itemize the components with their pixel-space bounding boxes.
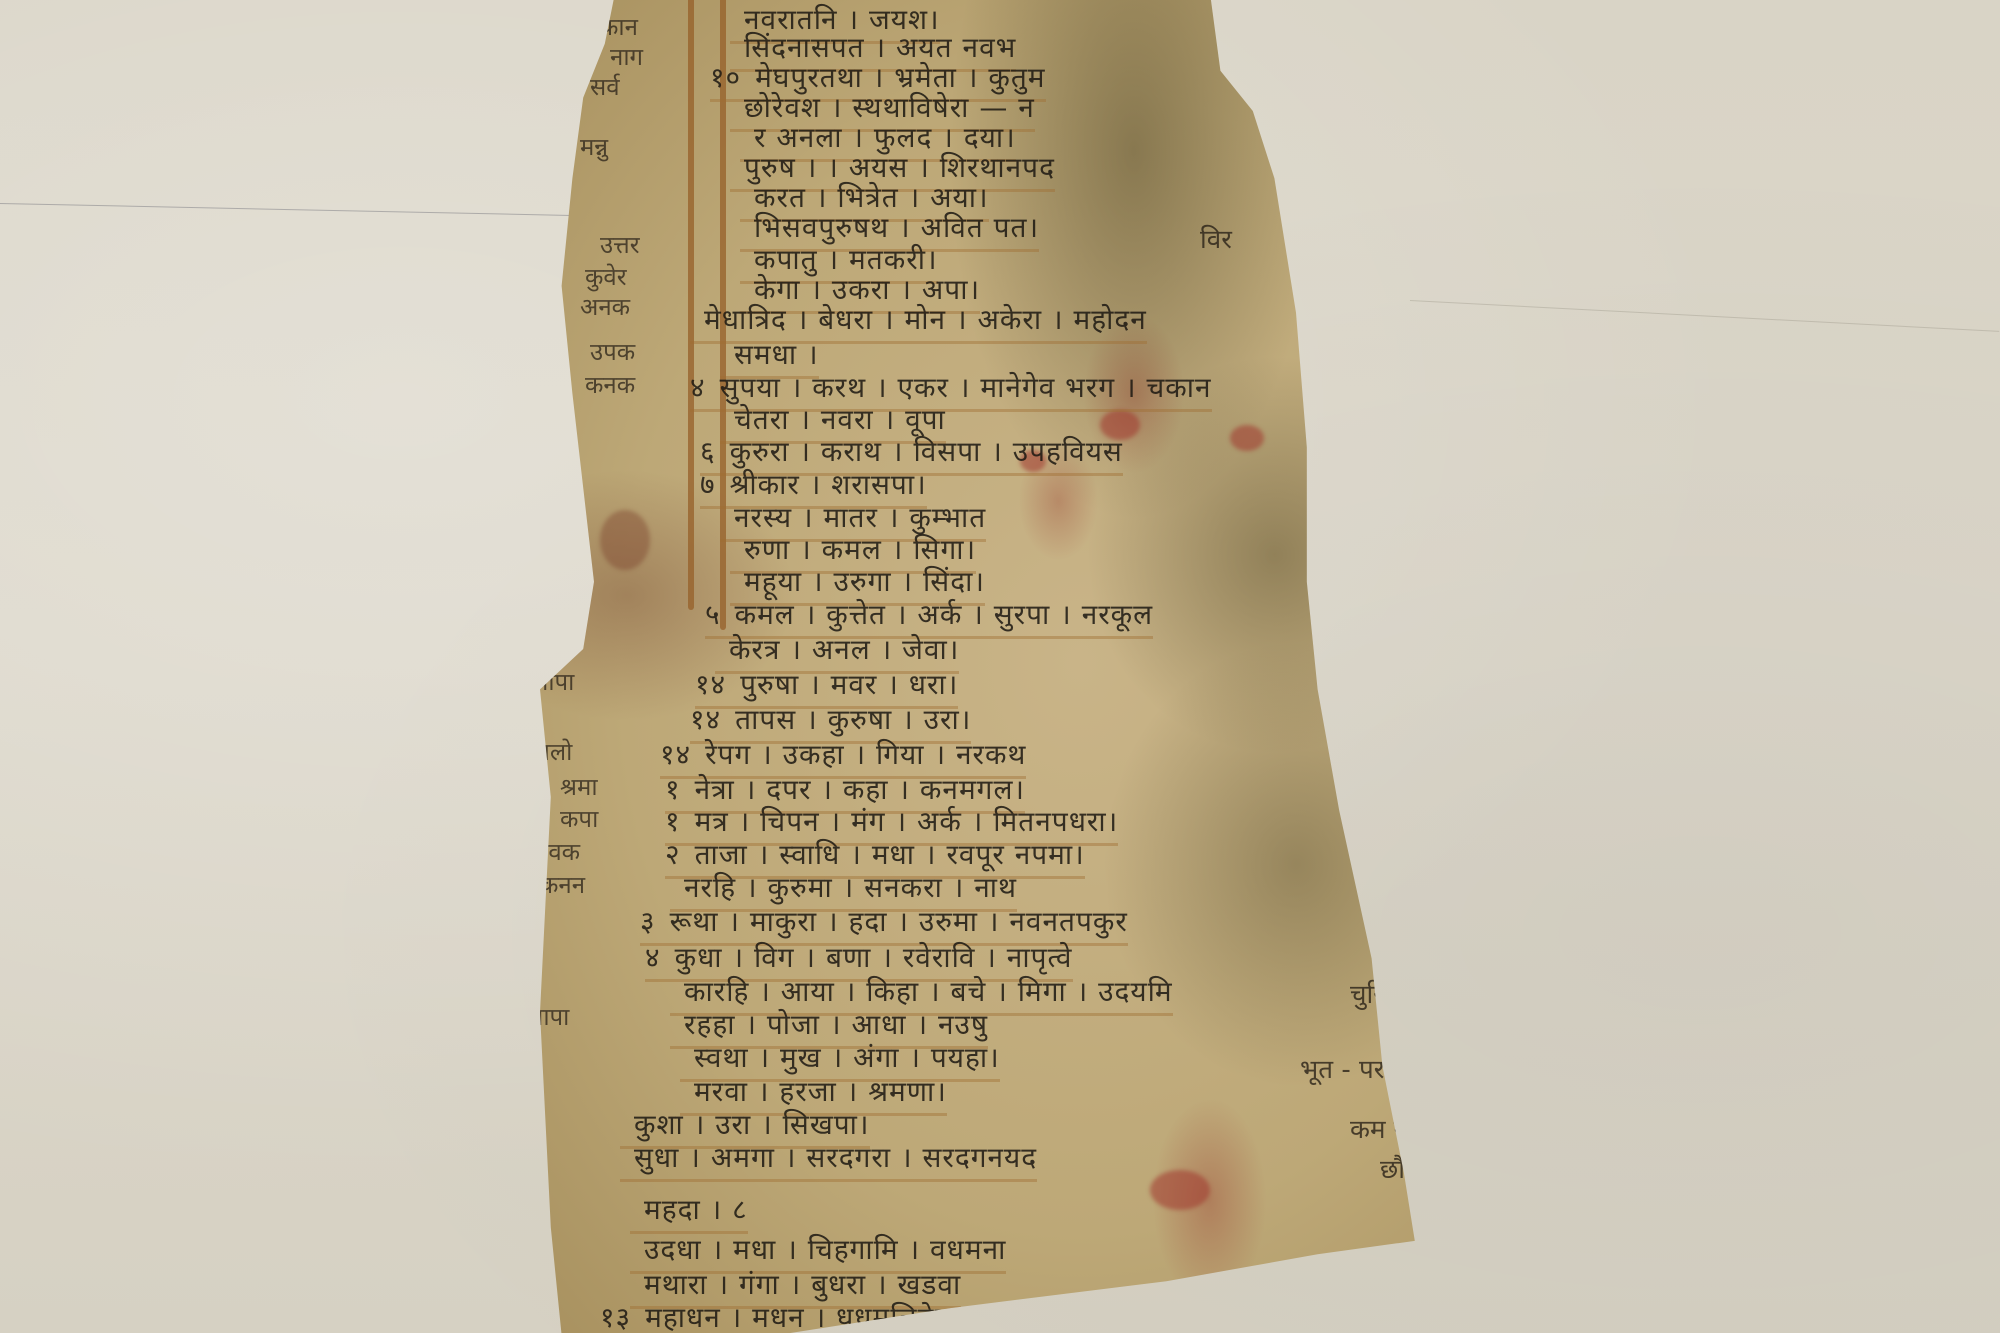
margin-note: कनक bbox=[585, 368, 635, 401]
right-margin-note: अनवाश bbox=[1320, 285, 1393, 321]
red-stain bbox=[600, 510, 650, 570]
surface-fold-line bbox=[0, 203, 600, 217]
right-margin-note: कम गौर bbox=[1350, 1110, 1426, 1146]
margin-note: सर्व bbox=[590, 70, 620, 103]
margin-note: आपा bbox=[530, 665, 574, 698]
margin-note: कपा bbox=[560, 802, 598, 835]
margin-note: नाग bbox=[610, 40, 643, 73]
right-margin-note: चुरि पर bbox=[1350, 975, 1418, 1011]
margin-note: उत्तर bbox=[600, 228, 640, 261]
right-margin-note: भूत - परसहर bbox=[1300, 1050, 1426, 1086]
margin-note: मन्नु bbox=[580, 130, 608, 163]
manuscript-line: ४कुधा । विग । बणा । रवेरावि । नापृत्वे bbox=[645, 938, 1073, 976]
margin-note: अवक bbox=[530, 835, 580, 868]
margin-note: कुवेर bbox=[585, 260, 627, 293]
margin-note: पालो bbox=[530, 735, 572, 768]
red-stain bbox=[1230, 425, 1264, 451]
manuscript-line: सुधा । अमगा । सरदगरा । सरदगनयद bbox=[620, 1138, 1037, 1176]
manuscript-line: महदा । ८ bbox=[630, 1190, 748, 1228]
manuscript-line: नरहि । कुरुमा । सनकरा । नाथ bbox=[670, 868, 1017, 906]
manuscript-line: ५कमल । कुत्तेत । अर्क । सुरपा । नरकूल bbox=[705, 595, 1153, 633]
right-margin-note: नदैव bbox=[1340, 320, 1383, 356]
margin-note: कान bbox=[600, 10, 638, 43]
red-stain bbox=[1150, 1170, 1210, 1210]
manuscript-line: केरत्र । अनल । जेवा। bbox=[715, 630, 959, 668]
margin-note: उपक bbox=[590, 335, 635, 368]
manuscript-line: स्वथा । मुख । अंगा । पयहा। bbox=[680, 1038, 1000, 1076]
manuscript-line: ३रूथा । माकुरा । हदा । उरुमा । नवनतपकुर bbox=[640, 902, 1128, 940]
manuscript-line: १४रेपग । उकहा । गिया । नरकथ bbox=[660, 735, 1026, 773]
manuscript-line: १४पुरुषा । मवर । धरा। bbox=[695, 665, 958, 703]
right-margin-note: छौई bbox=[1380, 1150, 1418, 1186]
manuscript-line: मेधात्रिद । बेधरा । मोन । अकेरा । महोदन bbox=[690, 300, 1147, 338]
margin-note: श्रमा bbox=[560, 770, 598, 803]
manuscript-line: उदधा । मधा । चिहगामि । वधमना bbox=[630, 1230, 1006, 1268]
right-margin-note: सार्व bbox=[1420, 910, 1459, 946]
manuscript-fragment: नवरातनि । जयश। सिंदनासपत । अयत नवभ १०मेघ… bbox=[540, 0, 1620, 1333]
margin-note: कनन bbox=[540, 868, 585, 901]
margin-note: अनक bbox=[580, 290, 630, 323]
manuscript-line: १४तापस । कुरुषा । उरा। bbox=[690, 700, 971, 738]
right-margin-note: विर bbox=[1200, 220, 1232, 256]
margin-note: नापा bbox=[530, 1000, 569, 1033]
right-margin-note: अरशकि bbox=[1320, 250, 1395, 286]
surface-fold-line-right bbox=[1410, 300, 1999, 332]
right-margin-note: नरस bbox=[1280, 100, 1323, 136]
manuscript-line: १३महाधन । मधन । धधमलितेव bbox=[600, 1298, 951, 1333]
